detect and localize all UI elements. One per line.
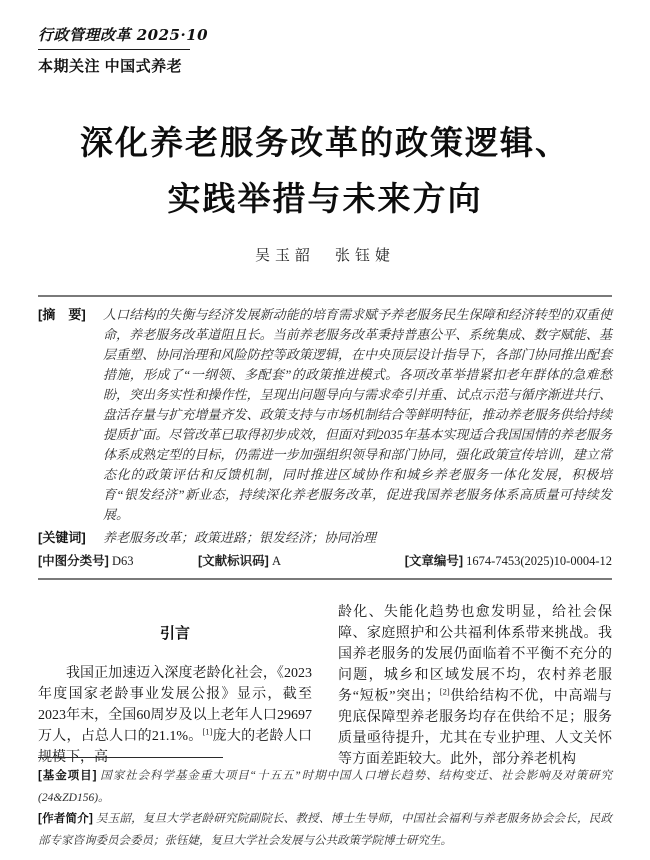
clc-value: D63 (112, 554, 134, 568)
abstract-top-rule (38, 295, 612, 297)
keywords-row: [关键词] 养老服务改革；政策进路；银发经济；协同治理 (38, 528, 612, 548)
footnote-area: [基金项目] 国家社会科学基金重大项目“十五五”时期中国人口增长趋势、结构变迁、… (38, 757, 612, 852)
article-title-line2: 实践举措与未来方向 (38, 172, 612, 228)
article-title: 深化养老服务改革的政策逻辑、 实践举措与未来方向 (38, 116, 612, 228)
abstract-text: 人口结构的失衡与经济发展新动能的培育需求赋予养老服务民生保障和经济转型的双重使命… (103, 307, 612, 522)
section-heading-introduction: 引言 (38, 623, 312, 644)
body-column-right: 龄化、失能化趋势也愈发明显，给社会保障、家庭照护和公共福利体系带来挑战。我国养老… (338, 602, 612, 760)
author-bio-text: 吴玉韶，复旦大学老龄研究院副院长、教授、博士生导师，中国社会福利与养老服务协会会… (38, 813, 612, 847)
body-columns: 引言 我国正加速迈入深度老龄化社会，《2023年度国家老龄事业发展公报》显示，截… (38, 602, 612, 760)
article-id-label: [文章编号] (405, 554, 463, 568)
doc-code-label: [文献标识码] (198, 554, 269, 568)
author-bio-note: [作者简介] 吴玉韶，复旦大学老龄研究院副院长、教授、博士生导师，中国社会福利与… (38, 809, 612, 852)
funding-note: [基金项目] 国家社会科学基金重大项目“十五五”时期中国人口增长趋势、结构变迁、… (38, 766, 612, 809)
journal-name: 行政管理改革 2025·10 (38, 24, 208, 45)
body-column-left: 引言 我国正加速迈入深度老龄化社会，《2023年度国家老龄事业发展公报》显示，截… (38, 602, 312, 760)
abstract-block: [摘 要] 人口结构的失衡与经济发展新动能的培育需求赋予养老服务民生保障和经济转… (38, 295, 612, 580)
article-title-line1: 深化养老服务改革的政策逻辑、 (38, 116, 612, 172)
abstract-paragraph: [摘 要] 人口结构的失衡与经济发展新动能的培育需求赋予养老服务民生保障和经济转… (38, 305, 612, 525)
classification-row: [中图分类号] D63 [文献标识码] A [文章编号] 1674-7453(2… (38, 552, 612, 571)
masthead-divider (38, 49, 190, 50)
article-id-item: [文章编号] 1674-7453(2025)10-0004-12 (405, 552, 612, 571)
authors-line: 吴玉韶 张钰婕 (38, 244, 612, 265)
citation-ref-1: [1] (202, 726, 212, 736)
keywords-label: [关键词] (38, 528, 86, 548)
abstract-bottom-rule (38, 578, 612, 580)
journal-page: 行政管理改革 2025·10 本期关注 中国式养老 深化养老服务改革的政策逻辑、… (0, 0, 650, 860)
body-paragraph-right: 龄化、失能化趋势也愈发明显，给社会保障、家庭照护和公共福利体系带来挑战。我国养老… (338, 602, 612, 770)
author-bio-label: [作者简介] (38, 813, 93, 825)
doc-code-value: A (272, 554, 281, 568)
issue-column-label: 本期关注 中国式养老 (38, 55, 208, 76)
article-id-value: 1674-7453(2025)10-0004-12 (466, 554, 612, 568)
abstract-label: [摘 要] (38, 305, 86, 325)
citation-ref-2: [2] (440, 686, 450, 696)
body-paragraph-left: 我国正加速迈入深度老龄化社会，《2023年度国家老龄事业发展公报》显示，截至20… (38, 663, 312, 768)
doc-code-item: [文献标识码] A (198, 552, 405, 571)
footnote-separator (38, 757, 223, 758)
keywords-text: 养老服务改革；政策进路；银发经济；协同治理 (103, 530, 376, 545)
clc-item: [中图分类号] D63 (38, 552, 198, 571)
funding-label: [基金项目] (38, 770, 96, 782)
masthead: 行政管理改革 2025·10 本期关注 中国式养老 (38, 0, 208, 76)
funding-text: 国家社会科学基金重大项目“十五五”时期中国人口增长趋势、结构变迁、社会影响及对策… (38, 770, 612, 804)
clc-label: [中图分类号] (38, 554, 109, 568)
